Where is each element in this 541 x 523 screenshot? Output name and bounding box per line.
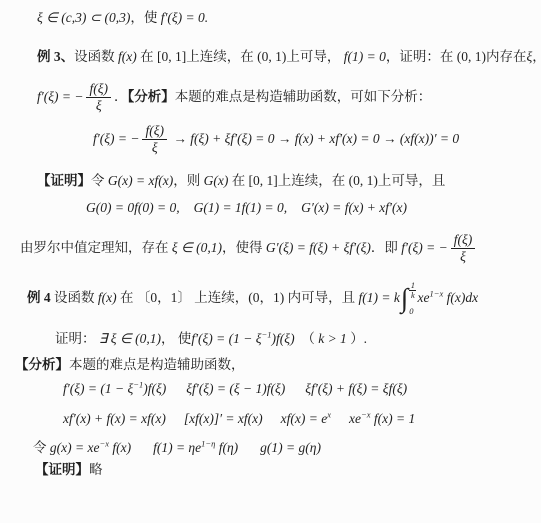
rolle-text: 由罗尔中值定理知，存在 ξ ∈ (0,1)，使得 G′(ξ) = f(ξ) + …	[20, 238, 448, 258]
math-segment: k > 1	[318, 331, 347, 346]
text-segment: 令	[33, 440, 50, 455]
text-segment: 略	[89, 462, 103, 477]
math-segment: xf(x) = e	[281, 411, 328, 426]
claim-text: 证明： ∃ ξ ∈ (0,1)， 使f′(ξ) = (1 − ξ−1)f(ξ) …	[55, 329, 367, 349]
fraction: f(ξ)ξ	[451, 232, 476, 264]
formula-a: f′(ξ) = (1 − ξ−1)f(ξ)	[63, 379, 166, 399]
document-page: ξ ∈ (c,3) ⊂ (0,3)，使 f′(ξ) = 0. 例 3、设函数 f…	[0, 0, 541, 523]
text-segment: ，则	[173, 173, 203, 188]
text-segment: 本题的难点是构造辅助函数，可如下分析：	[175, 89, 432, 104]
analysis-text: ．【分析】本题的难点是构造辅助函数，可如下分析：	[114, 87, 431, 107]
numerator: f(ξ)	[86, 81, 111, 98]
math-segment: f(1) = ηe	[153, 440, 201, 455]
math-segment: ∃ ξ ∈ (0,1)	[99, 331, 161, 346]
text-segment: 在 [0, 1]上连续，在 (0, 1)上可导，且	[228, 173, 445, 188]
exponent: −1	[262, 330, 272, 340]
formula-G0: G(0) = 0f(0) = 0,	[86, 198, 180, 218]
upper-limit-fraction: 1k	[409, 281, 416, 300]
math-segment: f(x)dx	[443, 290, 478, 305]
math-segment: f′(ξ) = −	[37, 87, 83, 107]
text-segment: 设函数	[74, 49, 118, 64]
exponent: −x	[99, 439, 109, 449]
integral: ∫ 1k 0	[401, 281, 417, 315]
text-segment: 令	[91, 173, 108, 188]
text-segment: ，使	[130, 10, 160, 25]
numerator: f(ξ)	[451, 232, 476, 249]
line-proof-define-G: 【证明】令 G(x) = xf(x)，则 G(x) 在 [0, 1]上连续，在 …	[37, 171, 445, 191]
formula-g-def: 令 g(x) = xe−x f(x)	[33, 438, 131, 458]
line-proof-omitted: 【证明】略	[35, 460, 103, 480]
example3-label: 例 3、	[37, 49, 74, 64]
example3-text: 例 3、设函数 f(x) 在 [0, 1]上连续，在 (0, 1)上可导， f(…	[37, 47, 541, 67]
formula-b: [xf(x)]′ = xf(x)	[184, 409, 263, 429]
math-segment: f(η)	[215, 440, 238, 455]
line-define-g: 令 g(x) = xe−x f(x) f(1) = ηe1−η f(η) g(1…	[33, 438, 321, 458]
line-derivation-row2: xf′(x) + f(x) = xf(x) [xf(x)]′ = xf(x) x…	[63, 409, 415, 429]
math-segment: )f(ξ)	[272, 331, 295, 346]
numerator: f(ξ)	[142, 123, 167, 140]
math-segment: G(x)	[204, 173, 229, 188]
math-segment: G′(ξ) = f(ξ) + ξf′(ξ)	[266, 240, 371, 255]
text-segment: 由罗尔中值定理知，存在	[20, 240, 172, 255]
math-segment: f′(ξ) = −	[401, 240, 447, 255]
math-segment: xe	[417, 290, 429, 305]
text-segment: 设函数	[51, 290, 98, 305]
line-example4-claim: 证明： ∃ ξ ∈ (0,1)， 使f′(ξ) = (1 − ξ−1)f(ξ) …	[55, 329, 367, 349]
line-example4-analysis: 【分析】本题的难点是构造辅助函数，	[15, 355, 245, 375]
integral-sign: ∫	[401, 286, 408, 310]
math-segment: f(1) = 0	[344, 49, 386, 64]
denominator: ξ	[150, 140, 160, 156]
math-segment: f′(ξ) = (1 − ξ	[63, 381, 133, 396]
fraction: f(ξ)ξ	[142, 123, 167, 155]
formula-b: ξf′(ξ) = (ξ − 1)f(ξ)	[186, 379, 285, 399]
formula-G-derivative: G′(x) = f(x) + xf′(x)	[301, 198, 407, 218]
proof-text: 【证明】令 G(x) = xf(x)，则 G(x) 在 [0, 1]上连续，在 …	[37, 171, 445, 191]
proof-omitted-text: 【证明】略	[35, 460, 103, 480]
text-segment: ， 使	[161, 331, 191, 346]
math-segment: f(x)	[118, 49, 137, 64]
lower-limit: 0	[409, 307, 413, 316]
text-segment: 本题的难点是构造辅助函数，	[69, 357, 245, 372]
fraction: f(ξ)ξ	[86, 81, 111, 113]
exponent: −1	[133, 380, 143, 390]
formula-c: ξf′(ξ) + f(ξ) = ξf(ξ)	[305, 379, 407, 399]
formula-c: xf(x) = ex	[281, 409, 331, 429]
math-segment: f(x) = 1	[371, 411, 416, 426]
upper-limit-denominator: k	[411, 291, 415, 300]
math-segment: G(x) = xf(x)	[108, 173, 173, 188]
math-segment: xe	[349, 411, 361, 426]
analysis-label: 【分析】	[15, 357, 69, 372]
math-segment: f(x)	[98, 290, 117, 305]
example4-label: 例 4	[27, 290, 51, 305]
text-segment: ，证明：在 (0, 1)内存在	[386, 49, 527, 64]
proof-label: 【证明】	[35, 462, 89, 477]
denominator: ξ	[94, 98, 104, 114]
formula-G1: G(1) = 1f(1) = 0,	[194, 198, 288, 218]
text-segment: ，使得	[222, 240, 266, 255]
text-segment: 在 [0, 1]上连续，在 (0, 1)上可导，	[137, 49, 344, 64]
exponent: 1−η	[201, 439, 215, 449]
exponent: x	[327, 410, 331, 420]
analysis-label: 【分析】	[127, 89, 174, 104]
math-segment: f′(ξ) = 0.	[161, 10, 208, 25]
line-example3-statement: 例 3、设函数 f(x) 在 [0, 1]上连续，在 (0, 1)上可导， f(…	[37, 47, 541, 67]
text-segment: （	[295, 331, 319, 346]
denominator: ξ	[458, 249, 468, 265]
text-segment: 证明：	[55, 331, 99, 346]
integral-limits: 1k 0	[409, 281, 416, 315]
formula-a: xf′(x) + f(x) = xf(x)	[63, 409, 166, 429]
formula-g-equality: g(1) = g(η)	[260, 438, 321, 458]
math-segment: → f(ξ) + ξf′(ξ) = 0 → f(x) + xf′(x) = 0 …	[170, 129, 459, 149]
line-G-values: G(0) = 0f(0) = 0, G(1) = 1f(1) = 0, G′(x…	[86, 198, 407, 218]
math-segment: ξ ∈ (0,1)	[172, 240, 222, 255]
math-segment: f(x)	[109, 440, 131, 455]
proof-label: 【证明】	[37, 173, 91, 188]
line-example4-statement: 例 4 设函数 f(x) 在 〔0，1〕 上连续，(0，1) 内可导，且 f(1…	[27, 281, 478, 315]
exponent: −x	[361, 410, 371, 420]
analysis-text: 【分析】本题的难点是构造辅助函数，	[15, 355, 245, 375]
text-segment: ）.	[347, 331, 367, 346]
formula-f1-eta: f(1) = ηe1−η f(η)	[153, 438, 238, 458]
line-derivation-row1: f′(ξ) = (1 − ξ−1)f(ξ) ξf′(ξ) = (ξ − 1)f(…	[63, 379, 407, 399]
text-segment: ．	[114, 89, 128, 104]
math-segment: ξ ∈ (c,3) ⊂ (0,3)	[37, 10, 130, 25]
math-segment: )f(ξ)	[143, 381, 166, 396]
line-derivation-chain: f′(ξ) = − f(ξ)ξ → f(ξ) + ξf′(ξ) = 0 → f(…	[93, 123, 459, 155]
exponent: 1−x	[429, 289, 443, 299]
math-segment: f(1) = k	[358, 290, 399, 305]
example4-text: 例 4 设函数 f(x) 在 〔0，1〕 上连续，(0，1) 内可导，且 f(1…	[27, 288, 400, 308]
math-segment: f′(ξ) = −	[93, 129, 139, 149]
formula-xi-in-interval: ξ ∈ (c,3) ⊂ (0,3)，使 f′(ξ) = 0.	[37, 8, 208, 28]
math-segment: g(x) = xe	[50, 440, 100, 455]
math-segment: f′(ξ) = (1 − ξ	[191, 331, 261, 346]
line-rolle-conclusion: 由罗尔中值定理知，存在 ξ ∈ (0,1)，使得 G′(ξ) = f(ξ) + …	[20, 232, 478, 264]
formula-d: xe−x f(x) = 1	[349, 409, 415, 429]
line-conclusion-example2: ξ ∈ (c,3) ⊂ (0,3)，使 f′(ξ) = 0.	[37, 8, 208, 28]
text-segment: ，使得	[532, 49, 541, 64]
text-segment: ．即	[371, 240, 401, 255]
line-target-equation-analysis: f′(ξ) = − f(ξ)ξ ．【分析】本题的难点是构造辅助函数，可如下分析：	[37, 81, 431, 113]
text-segment: 在 〔0，1〕 上连续，(0，1) 内可导，且	[117, 290, 359, 305]
integrand: xe1−x f(x)dx	[417, 288, 478, 308]
